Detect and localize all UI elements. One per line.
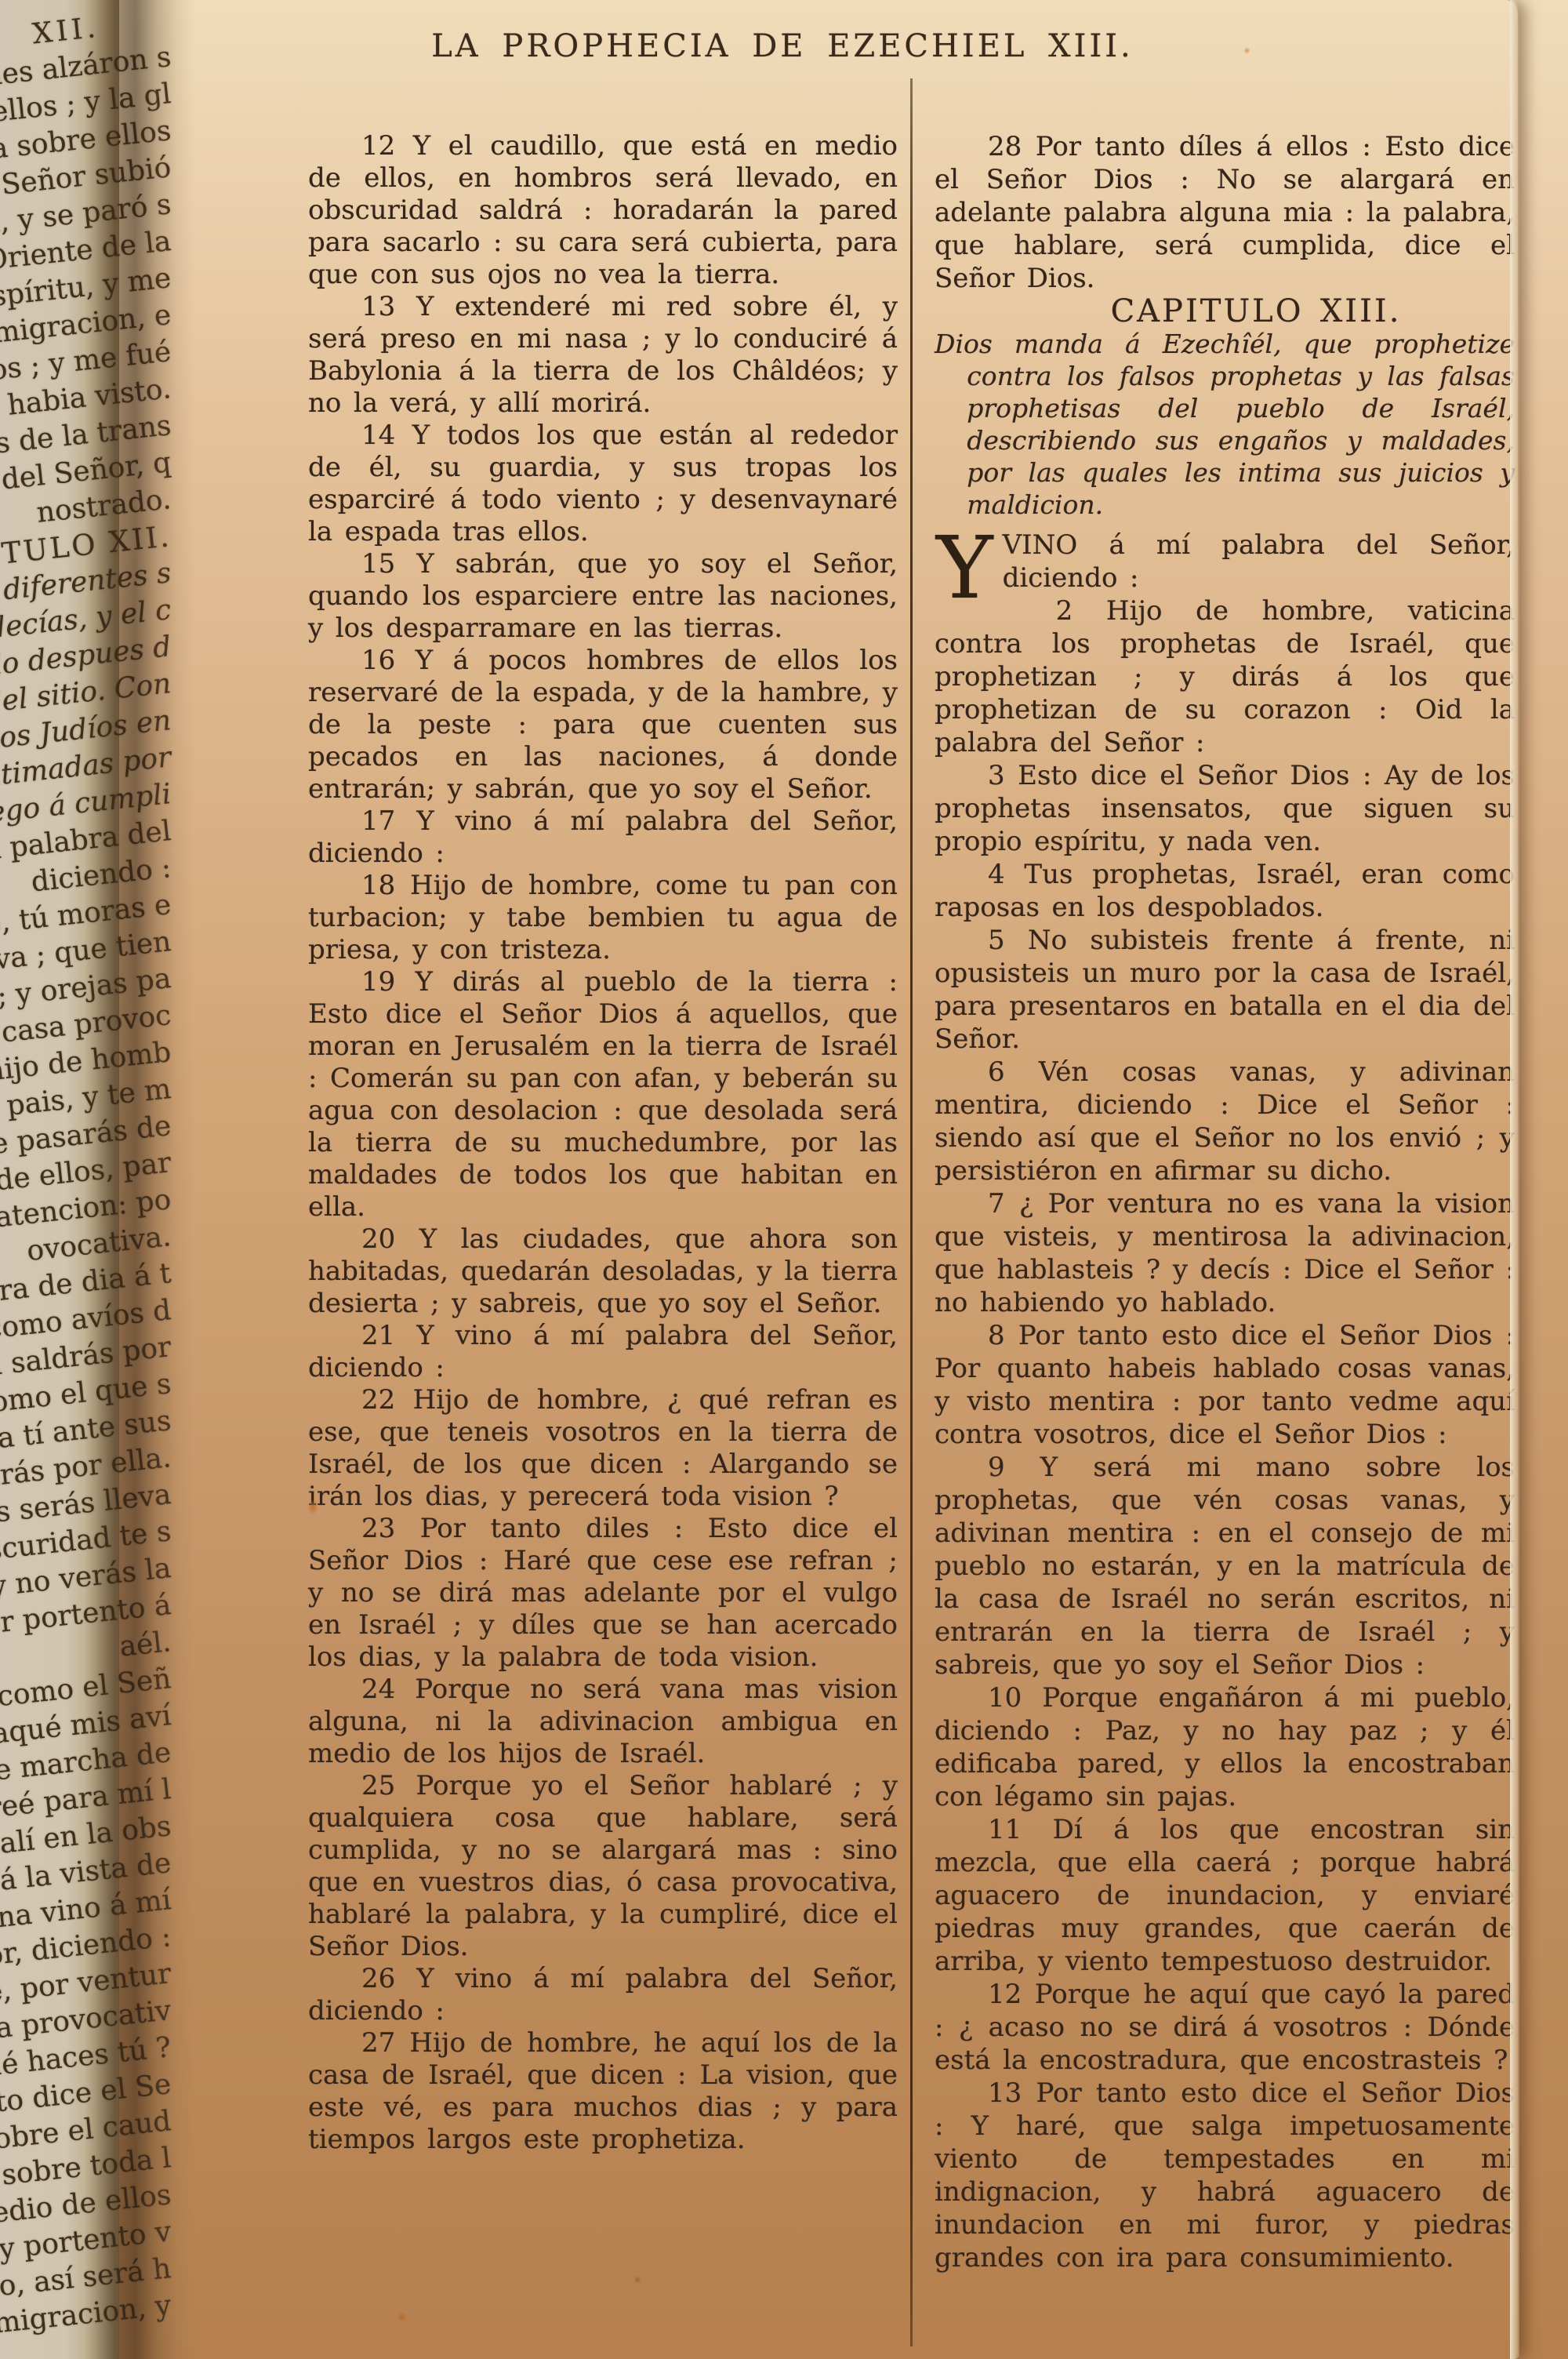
verse: 28 Por tanto díles á ellos : Esto dice e…	[935, 130, 1515, 295]
chapter-summary: Dios manda á Ezechîél, que prophetize co…	[935, 328, 1515, 521]
verse: YVINO á mí palabra del Señor, diciendo :	[935, 529, 1515, 594]
page-edge	[1510, 0, 1519, 2359]
running-head: LA PROPHECIA DE EZECHIEL XIII.	[116, 28, 1449, 64]
verse: 17 Y vino á mí palabra del Señor, dicien…	[308, 805, 898, 870]
verse: 19 Y dirás al pueblo de la tierra : Esto…	[308, 966, 898, 1223]
verse: 14 Y todos los que están al rededor de é…	[308, 420, 898, 548]
right-column: 28 Por tanto díles á ellos : Esto dice e…	[935, 130, 1515, 2274]
verse: 13 Por tanto esto dice el Señor Dios : Y…	[935, 2077, 1515, 2274]
verse: 8 Por tanto esto dice el Señor Dios : Po…	[935, 1319, 1515, 1451]
verse: 10 Porque engañáron á mi pueblo, diciend…	[935, 1681, 1515, 1813]
verse: 26 Y vino á mí palabra del Señor, dicien…	[308, 1963, 898, 2027]
verse: 16 Y á pocos hombres de ellos los reserv…	[308, 645, 898, 805]
verse: 22 Hijo de hombre, ¿ qué refran es ese, …	[308, 1384, 898, 1513]
page: LA PROPHECIA DE EZECHIEL XIII. 12 Y el c…	[116, 0, 1518, 2359]
book-photo: XII.los Chêrubines alzáron sedas con ell…	[0, 0, 1568, 2359]
opening-verse-text: VINO á mí palabra del Señor, diciendo :	[1003, 529, 1515, 594]
verse: 9 Y será mi mano sobre los prophetas, qu…	[935, 1451, 1515, 1681]
verse: 12 Y el caudillo, que está en medio de e…	[308, 130, 898, 291]
verse: 4 Tus prophetas, Israél, eran como rapos…	[935, 858, 1515, 924]
verse: 27 Hijo de hombre, he aquí los de la cas…	[308, 2027, 898, 2156]
chapter-heading: CAPITULO XIII.	[935, 295, 1515, 328]
verse: 12 Porque he aquí que cayó la pared : ¿ …	[935, 1978, 1515, 2077]
verse: 5 No subisteis frente á frente, ni opusi…	[935, 924, 1515, 1056]
column-divider	[910, 78, 913, 2346]
verse: 15 Y sabrán, que yo soy el Señor, quando…	[308, 548, 898, 645]
verse: 25 Porque yo el Señor hablaré ; y qualqu…	[308, 1770, 898, 1963]
verse: 18 Hijo de hombre, come tu pan con turba…	[308, 870, 898, 966]
left-column: 12 Y el caudillo, que está en medio de e…	[308, 130, 898, 2156]
verse: 24 Porque no será vana mas vision alguna…	[308, 1674, 898, 1770]
verse: 23 Por tanto diles : Esto dice el Señor …	[308, 1513, 898, 1674]
verse: 20 Y las ciudades, que ahora son habitad…	[308, 1223, 898, 1320]
verse: 3 Esto dice el Señor Dios : Ay de los pr…	[935, 759, 1515, 858]
verse: 13 Y extenderé mi red sobre él, y será p…	[308, 291, 898, 420]
verse: 2 Hijo de hombre, vaticina contra los pr…	[935, 594, 1515, 759]
verse: 21 Y vino á mí palabra del Señor, dicien…	[308, 1320, 898, 1384]
verse: 6 Vén cosas vanas, y adivinan mentira, d…	[935, 1056, 1515, 1187]
verse: 7 ¿ Por ventura no es vana la vision que…	[935, 1187, 1515, 1319]
verse: 11 Dí á los que encostran sin mezcla, qu…	[935, 1813, 1515, 1978]
drop-cap: Y	[935, 529, 1003, 599]
